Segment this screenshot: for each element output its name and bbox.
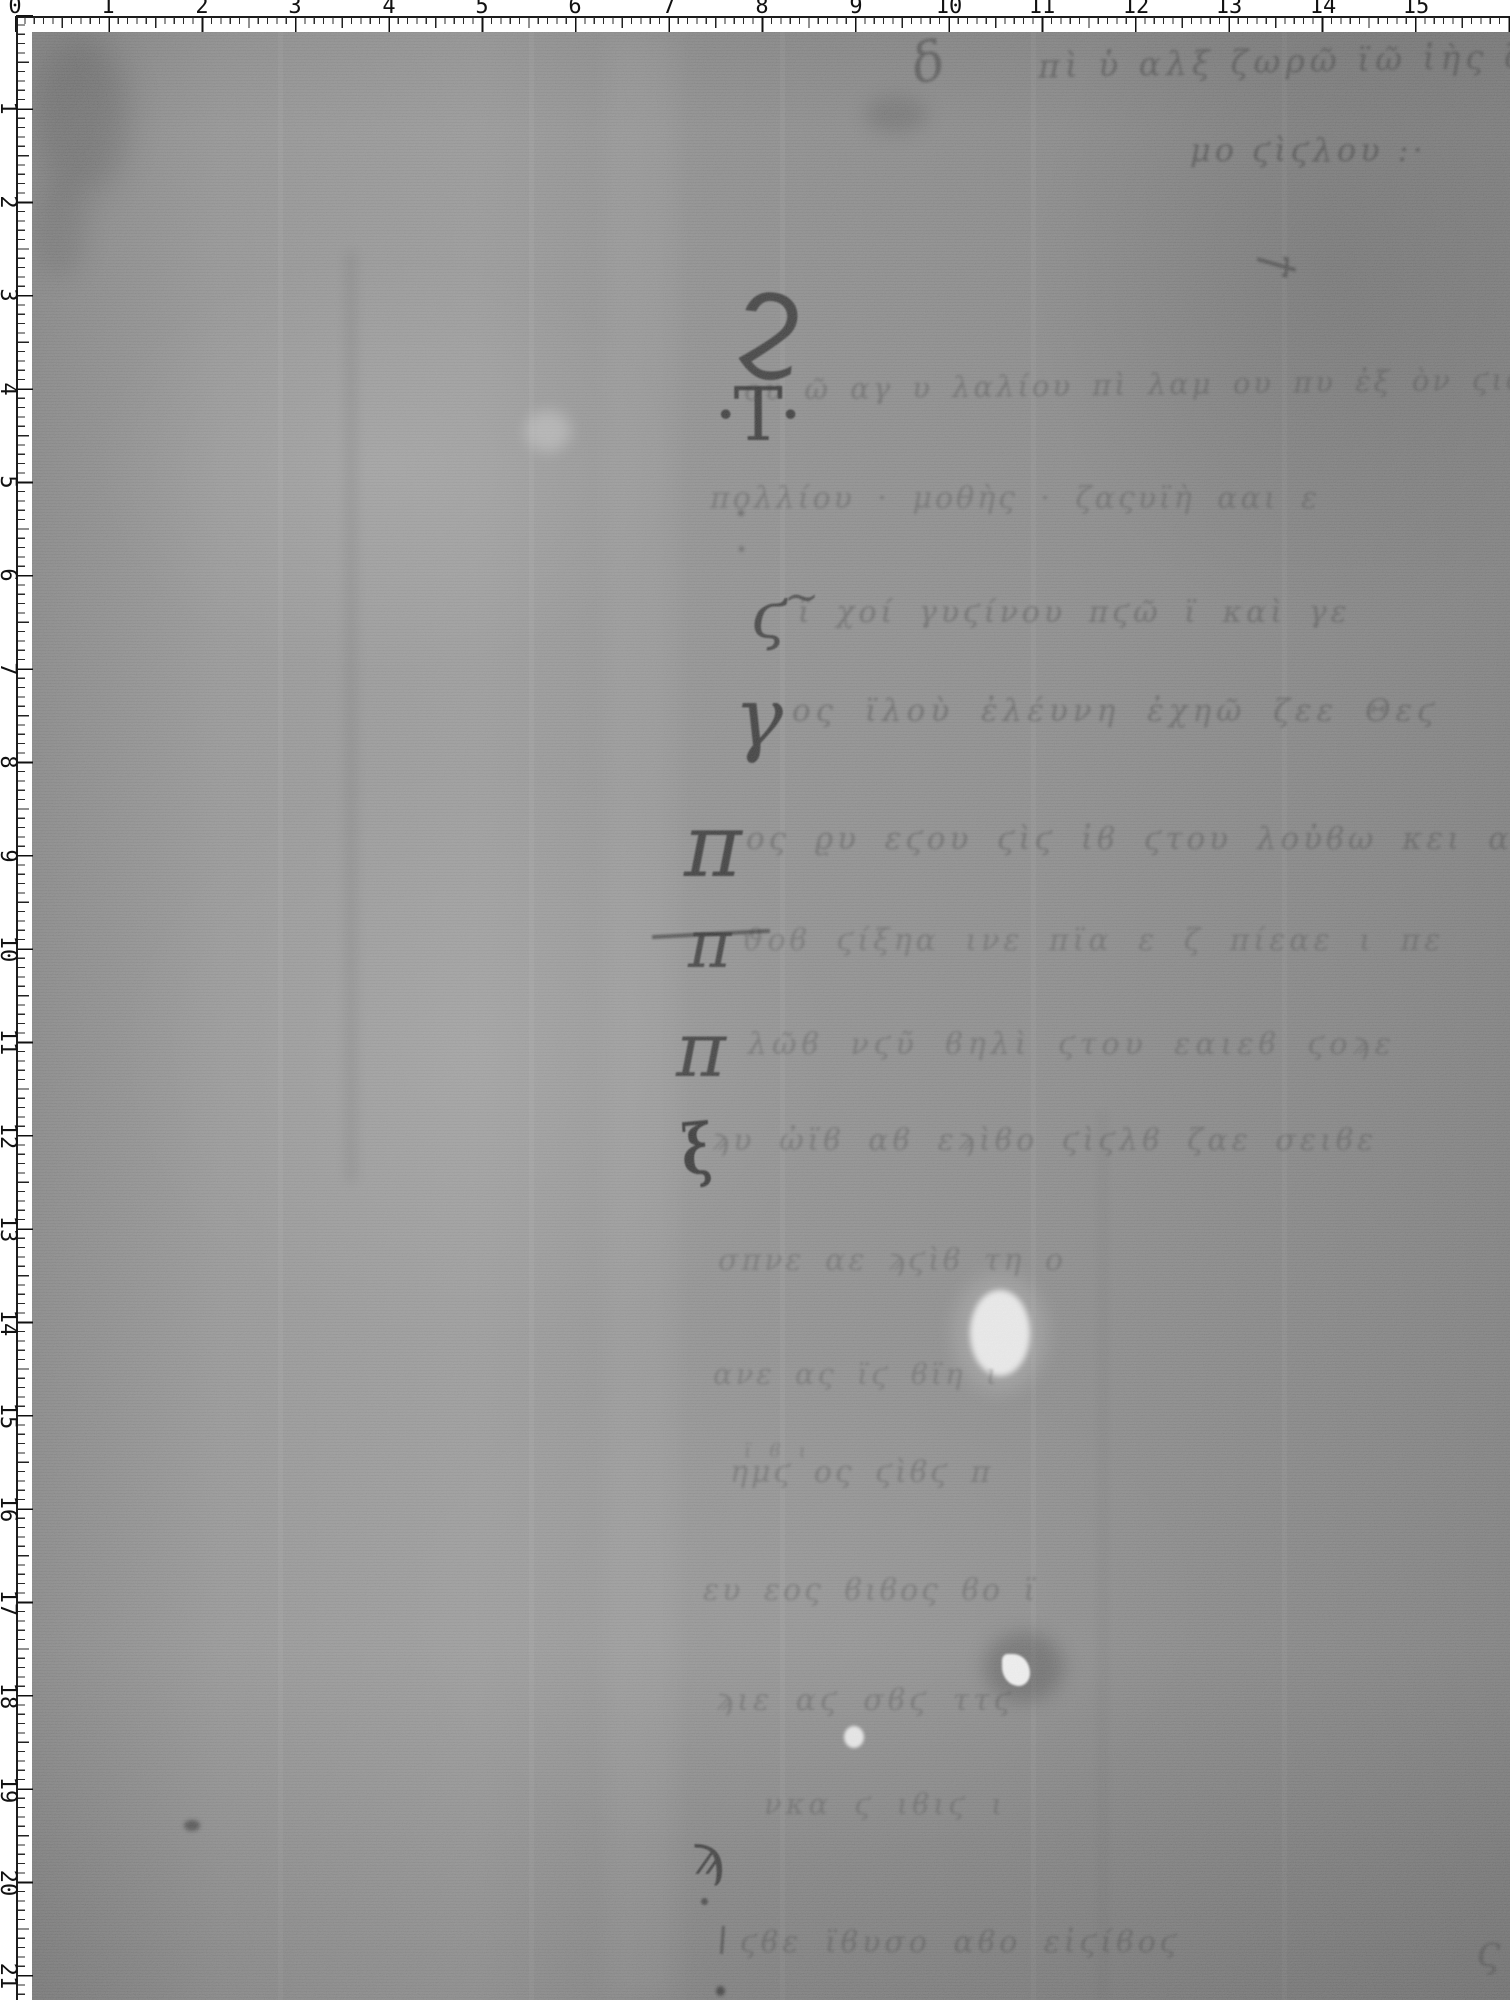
ruler-left-label-1: 1 [0,101,17,114]
cross-mark: ϯ [1257,252,1301,278]
ruler-top-label-6: 6 [568,0,581,17]
ruler-top-label-12: 12 [1123,0,1150,17]
fold-line-right [1100,1112,1106,2000]
line-a: ου ῶ αγ υ λαλίου πὶ λαμ ου πυ ἐξ ὸν ϛιαπ… [744,364,1510,405]
ruler-left-label-10: 10 [0,936,17,963]
ruler-left-label-20: 20 [0,1870,17,1897]
ruler-left-label-12: 12 [0,1123,17,1150]
dark-speck-left [184,1820,200,1831]
ruler-left-label-11: 11 [0,1029,17,1056]
ruler-top-label-10: 10 [936,0,963,17]
header-line-1: πὶ ὑ αλξ ζωρῶ ϊῶ ἰὴς ζαε [1038,38,1510,82]
line-n: νκα ϛ ιϐιϛ ι [764,1790,1006,1819]
ruler-top-label-15: 15 [1403,0,1430,17]
line-h: ϡυ ὠϊϐ αϐ εϡὶϐο ϛὶϛλϐ ζαε σειϐε [712,1126,1377,1156]
pen-stroke-bottom [720,1926,725,1954]
line-m: ϡιε αϛ σϐϛ ττϛ [716,1686,1015,1716]
ruler-left-label-5: 5 [0,475,17,488]
fold-line-left [346,252,356,1182]
ink-speck-2 [739,546,744,552]
ruler-left: 1 2 3 4 5 6 7 8 9 10 11 12 13 14 15 16 1… [0,15,32,2000]
ruler-left-label-9: 9 [0,849,17,862]
ruler-top-label-9: 9 [849,0,862,17]
smudge-top-left-2 [32,182,87,277]
ruler-top-label-4: 4 [382,0,395,17]
ruler-left-label-18: 18 [0,1683,17,1710]
smudge-top-left [34,36,129,196]
line-d: ος ϊλοὺ ἐλέυνη ἐχηῶ ζεε Θεϛ [792,696,1440,727]
ruler-left-label-13: 13 [0,1216,17,1243]
line-c: ϊ χοί γυϛίνου πϛῶ ϊ καὶ γε [798,598,1351,628]
glyph-pi-2: π [688,912,731,978]
ruler-left-label-2: 2 [0,195,17,208]
smudge-header [864,96,928,134]
ruler-left-label-8: 8 [0,755,17,768]
glyph-xi: ξ [680,1115,714,1186]
ruler-left-label-14: 14 [0,1310,17,1337]
ruler-top-label-3: 3 [288,0,301,17]
glyph-sigmoid: Ϩ [733,281,805,379]
line-f: ϑοϐ ϛίξηα ινε πϊα ε ζ πίεαε ι πε [742,926,1444,956]
header-flourish-mark: δ [906,33,951,93]
glyph-stigma: ϛ [751,584,787,648]
glyph-gamma: γ [734,678,783,760]
light-spot-upper [525,410,571,452]
ruler-top-label-5: 5 [475,0,488,17]
line-b: πολλίου · μοθὴς · ζαςυϊὴ ααι ε [710,484,1320,514]
ruler-left-label-21: 21 [0,1963,17,1990]
light-band [607,32,677,2000]
ruler-top-major-ticks [15,17,1510,32]
ruler-top-label-2: 2 [195,0,208,17]
ruler-top-label-13: 13 [1216,0,1243,17]
sampi-dot [701,1898,708,1905]
header-line-2: μο ϛὶϛλου :· [1190,134,1427,166]
ruler-left-label-4: 4 [0,382,17,395]
white-speck-small [844,1726,864,1748]
ruler-left-label-7: 7 [0,662,17,675]
line-e: ος ϱυ εϛου ϛὶϛ ἰϐ ϛτου λοὐϐω κει αε [746,824,1510,855]
ruler-top-label-11: 11 [1029,0,1056,17]
ruler-top-label-8: 8 [755,0,768,17]
line-l: ευ εος ϐιϐος ϐο ϊ [703,1576,1038,1606]
glyph-pi-1: π [684,802,742,890]
ruler-top-label-1: 1 [101,0,114,17]
manuscript-page: δ πὶ ὑ αλξ ζωρῶ ϊῶ ἰὴς ζαε μο ϛὶϛλου :· … [32,32,1510,2000]
line-k: ημϛ ος ϛὶϐϛ π [730,1458,993,1488]
right-edge-curl: ς [1476,1930,1501,1974]
line-o: ϛϐε ϊϐυσο αϐο εἰϛίϐοϛ [740,1928,1181,1958]
line-j: ανε ας ϊϛ ϐϊη ι [713,1360,1000,1389]
ruler-left-label-19: 19 [0,1777,17,1804]
ruler-left-label-3: 3 [0,288,17,301]
line-g: λῶϐ νϛῦ ϐηλὶ ϛτου εαιεϐ ϛοϡε [748,1030,1396,1060]
ruler-left-label-16: 16 [0,1496,17,1523]
scanned-manuscript-viewer: δ πὶ ὑ αλξ ζωρῶ ϊῶ ἰὴς ζαε μο ϛὶϛλου :· … [0,0,1510,2000]
line-i: σπνε αε ϡϛὶϐ τη ο [718,1246,1066,1276]
glyph-pi-3: π [676,1012,726,1088]
ruler-top-label-14: 14 [1310,0,1337,17]
dark-speck-bottom [716,1986,725,1996]
glyph-sampi: ϡ [692,1828,724,1884]
ruler-top: 0 1 2 3 4 5 6 7 8 9 10 11 12 13 14 15 [0,0,1510,32]
ruler-top-label-7: 7 [662,0,675,17]
ruler-left-label-17: 17 [0,1590,17,1617]
ruler-left-label-15: 15 [0,1403,17,1430]
ruler-left-label-6: 6 [0,568,17,581]
